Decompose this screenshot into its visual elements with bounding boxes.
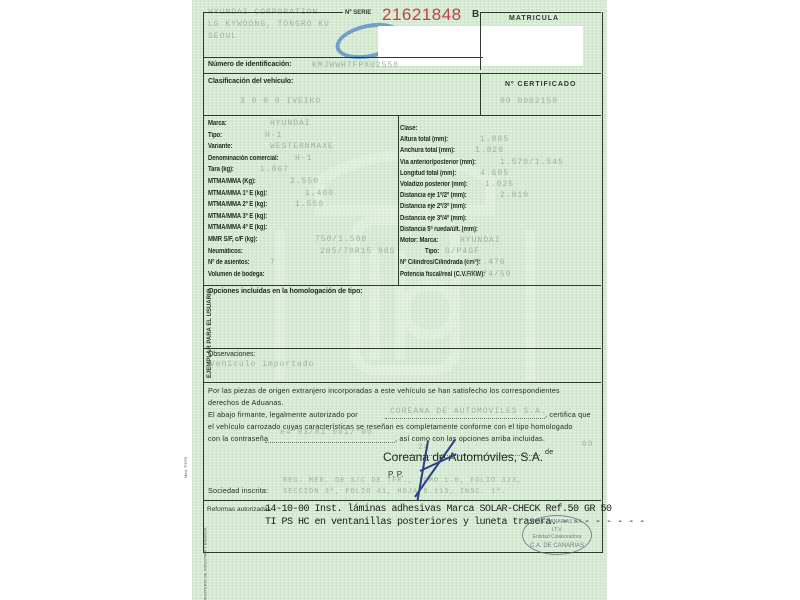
field-value: 7 — [270, 258, 276, 267]
field-label: Denominación comercial: — [208, 155, 278, 162]
sociedad-line-1: REG. MER. DE S/C DE TFE., TOMO 1.0, FOLI… — [283, 477, 522, 485]
field-value: 1.550 — [295, 200, 324, 209]
field-label: Altura total (mm): — [400, 136, 448, 143]
clasificacion-label: Clasificación del vehículo: — [208, 78, 293, 85]
observaciones-value: Vehículo importado — [210, 360, 314, 369]
contrasena-value: e4*93/81*0017*00 — [280, 428, 373, 437]
stamp-line: ITEVE CANARIAS S.A. — [523, 519, 591, 525]
dotted-line — [385, 418, 545, 419]
field-label: Clase: — [400, 125, 417, 132]
certificado-label: Nº CERTIFICADO — [505, 81, 576, 88]
certificado-value: 09 0002159 — [500, 97, 558, 106]
observaciones-label: Observaciones: — [208, 351, 255, 358]
field-label: Distancia eje 1º/2º (mm): — [400, 192, 467, 199]
field-value: G/P4GF — [445, 247, 480, 256]
side-mod-text: Mod. 7/7/79 — [183, 457, 188, 478]
divider — [480, 73, 481, 115]
field-label: Voladizo posterior (mm): — [400, 181, 468, 188]
clasificacion-value: 3 0 0 0 IVEIKO — [240, 97, 321, 106]
divider — [203, 12, 343, 13]
field-value: WESTERNMAXE — [270, 142, 334, 151]
field-label: Volumen de bodega: — [208, 271, 265, 278]
field-label: Marca: — [208, 120, 227, 127]
signature-company: Coreana de Automóviles, S.A. — [383, 450, 543, 464]
sociedad-label: Sociedad inscrita: — [208, 486, 268, 495]
field-label: Anchura total (mm): — [400, 147, 455, 154]
field-label: Tipo: — [208, 132, 222, 139]
field-value: 1.885 — [480, 135, 509, 144]
field-label: Distancia eje 2º/3º (mm): — [400, 203, 467, 210]
field-label: Tipo: — [425, 248, 439, 255]
stamp-line: Entidad Colaboradora — [523, 534, 591, 540]
divider — [203, 57, 483, 58]
itv-stamp: ITEVE CANARIAS S.A. I.T.V. Entidad Colab… — [522, 515, 592, 555]
divider — [398, 115, 399, 285]
field-label: Variante: — [208, 143, 232, 150]
field-label: MTMA/MMA 1º E (kg): — [208, 190, 267, 197]
divider — [203, 382, 601, 383]
reformas-label: Reformas autorizadas — [207, 506, 271, 513]
field-label: MTMA/MMA 4º E (kg): — [208, 224, 267, 231]
field-value: 205/70R15 98S — [320, 247, 395, 256]
divider — [203, 73, 601, 74]
field-label: MMR S/F, c/F (kg): — [208, 236, 257, 243]
field-value: 1.570/1.545 — [500, 158, 564, 167]
numero-identificacion-label: Número de identificación: — [208, 61, 291, 68]
field-label: Longitud total (mm): — [400, 170, 456, 177]
field-value: HYUNDAI — [270, 119, 311, 128]
field-value: 1.820 — [475, 146, 504, 155]
date-de: de — [545, 447, 553, 456]
field-label: Vía anterior/posterior (mm): — [400, 159, 476, 166]
opciones-label: Opciones incluidas en la homologación de… — [208, 288, 362, 295]
field-label: Neumáticos: — [208, 248, 243, 255]
stamp-line: C.A. DE CANARIAS — [523, 543, 591, 549]
contrasena-label: con la contraseña — [208, 434, 268, 443]
firmante-text-1: El abajo firmante, legalmente autorizado… — [208, 410, 358, 419]
field-label: Nº de asientos: — [208, 259, 250, 266]
field-label: MTMA/MMA (Kg): — [208, 178, 256, 185]
carrozado-text: el vehículo carrozado cuyas característi… — [208, 422, 573, 431]
divider — [480, 12, 601, 13]
field-label: MTMA/MMA 2º E (kg): — [208, 201, 267, 208]
date-year: 00 — [582, 440, 594, 449]
dotted-line — [265, 442, 395, 443]
field-value: H-1 — [265, 131, 282, 140]
field-value: 2.810 — [500, 191, 529, 200]
field-value: 750/1.500 — [315, 235, 367, 244]
field-label: Tara (kg): — [208, 166, 234, 173]
stamp-line: I.T.V. — [523, 527, 591, 533]
field-value: H-1 — [295, 154, 312, 163]
aduanas-text-2: derechos de Aduanas. — [208, 398, 284, 407]
field-value: HYUNDAI — [460, 236, 501, 245]
firmante-text-2: , certifica que — [545, 410, 591, 419]
divider — [203, 115, 601, 116]
divider — [203, 500, 601, 501]
field-value: 4.695 — [480, 169, 509, 178]
numero-identificacion-value: KMJWWH7FPXU2558 — [312, 61, 399, 70]
divider — [203, 348, 601, 349]
field-value: 1.400 — [305, 189, 334, 198]
opciones-incluidas-text: , así como con las opciones arriba inclu… — [395, 434, 545, 443]
field-label: Motor: Marca: — [400, 237, 438, 244]
side-ministry-text: MINISTERIO DE INDUSTRIA Y ENERGIA — [203, 503, 208, 600]
sociedad-line-2: SECCION 3ª, FOLIO 41, HOJA 8.113, INSC. … — [283, 488, 507, 496]
side-label: EJEMPLAR PARA EL USUARIO — [195, 300, 209, 380]
divider — [480, 12, 481, 70]
firmante-company: COREANA DE AUTOMOVILES S.A. — [390, 407, 547, 416]
side-label-text: EJEMPLAR PARA EL USUARIO — [207, 288, 213, 378]
field-label: MTMA/MMA 3º E (kg): — [208, 213, 267, 220]
field-label: Distancia eje 3º/4º (mm): — [400, 215, 467, 222]
field-value: 2.550 — [290, 177, 319, 186]
field-value: 15.74/59 — [465, 270, 511, 279]
field-value: 1.025 — [485, 180, 514, 189]
field-value: 4/2.476 — [465, 258, 506, 267]
field-label: Distancia 5ª rueda/últ. (mm): — [400, 226, 478, 233]
divider — [203, 285, 601, 286]
aduanas-text-1: Por las piezas de origen extranjero inco… — [208, 386, 560, 395]
field-value: 1.867 — [260, 165, 289, 174]
